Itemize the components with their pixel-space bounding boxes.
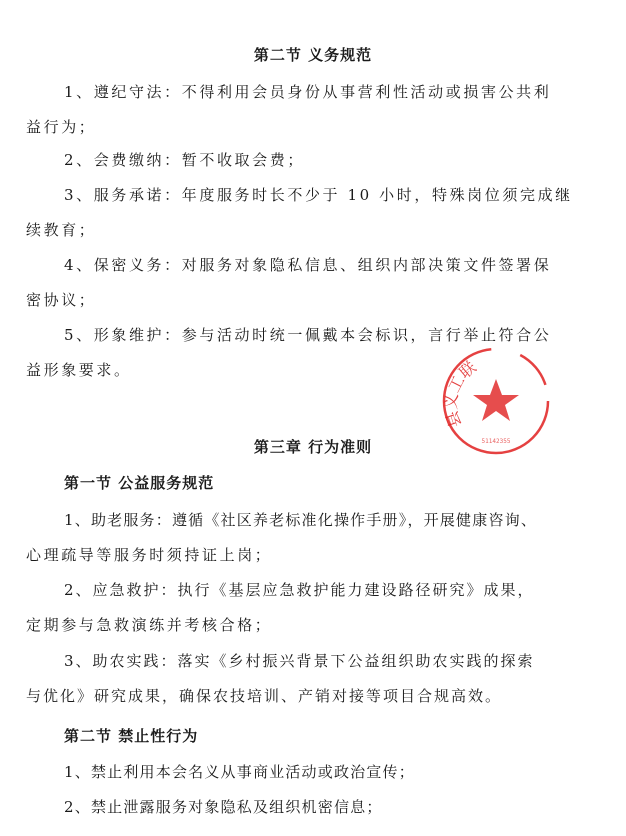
official-seal: 县义工联 51142355 [440, 345, 552, 457]
section-title-prohibitions: 第二节 禁止性行为 [64, 726, 198, 746]
obligation-5-line-2: 益形象要求。 [26, 360, 132, 380]
seal-code: 51142355 [482, 438, 511, 445]
service-rule-1-line-2: 心理疏导等服务时须持证上岗； [26, 545, 272, 565]
service-rule-3-line-1: 3、助农实践：落实《乡村振兴背景下公益组织助农实践的探索 [64, 651, 535, 671]
section-title-obligations: 第二节 义务规范 [0, 45, 626, 65]
prohibition-2: 2、禁止泄露服务对象隐私及组织机密信息； [64, 797, 383, 817]
service-rule-2-line-2: 定期参与急救演练并考核合格； [26, 615, 272, 635]
obligation-3-line-2: 续教育； [26, 220, 96, 240]
service-rule-3-line-2: 与优化》研究成果，确保农技培训、产销对接等项目合规高效。 [26, 686, 502, 706]
obligation-4-line-1: 4、保密义务：对服务对象隐私信息、组织内部决策文件签署保 [64, 255, 551, 275]
obligation-2: 2、会费缴纳：暂不收取会费； [64, 150, 305, 170]
prohibition-1: 1、禁止利用本会名义从事商业活动或政治宣传； [64, 762, 415, 782]
section-title-service: 第一节 公益服务规范 [64, 473, 214, 493]
obligation-1-line-2: 益行为； [26, 117, 96, 137]
seal-text: 县义工联 [441, 357, 480, 430]
obligation-1-line-1: 1、遵纪守法：不得利用会员身份从事营利性活动或损害公共利 [64, 82, 551, 102]
service-rule-2-line-1: 2、应急救护：执行《基层应急救护能力建设路径研究》成果， [64, 580, 535, 600]
service-rule-1-line-1: 1、助老服务：遵循《社区养老标准化操作手册》，开展健康咨询、 [64, 510, 537, 530]
obligation-5-line-1: 5、形象维护：参与活动时统一佩戴本会标识，言行举止符合公 [64, 325, 551, 345]
obligation-4-line-2: 密协议； [26, 290, 96, 310]
svg-text:县义工联: 县义工联 [441, 357, 480, 430]
obligation-3-line-1: 3、服务承诺：年度服务时长不少于 10 小时，特殊岗位须完成继 [64, 185, 573, 205]
seal-star-icon: 县义工联 51142355 [440, 345, 552, 457]
